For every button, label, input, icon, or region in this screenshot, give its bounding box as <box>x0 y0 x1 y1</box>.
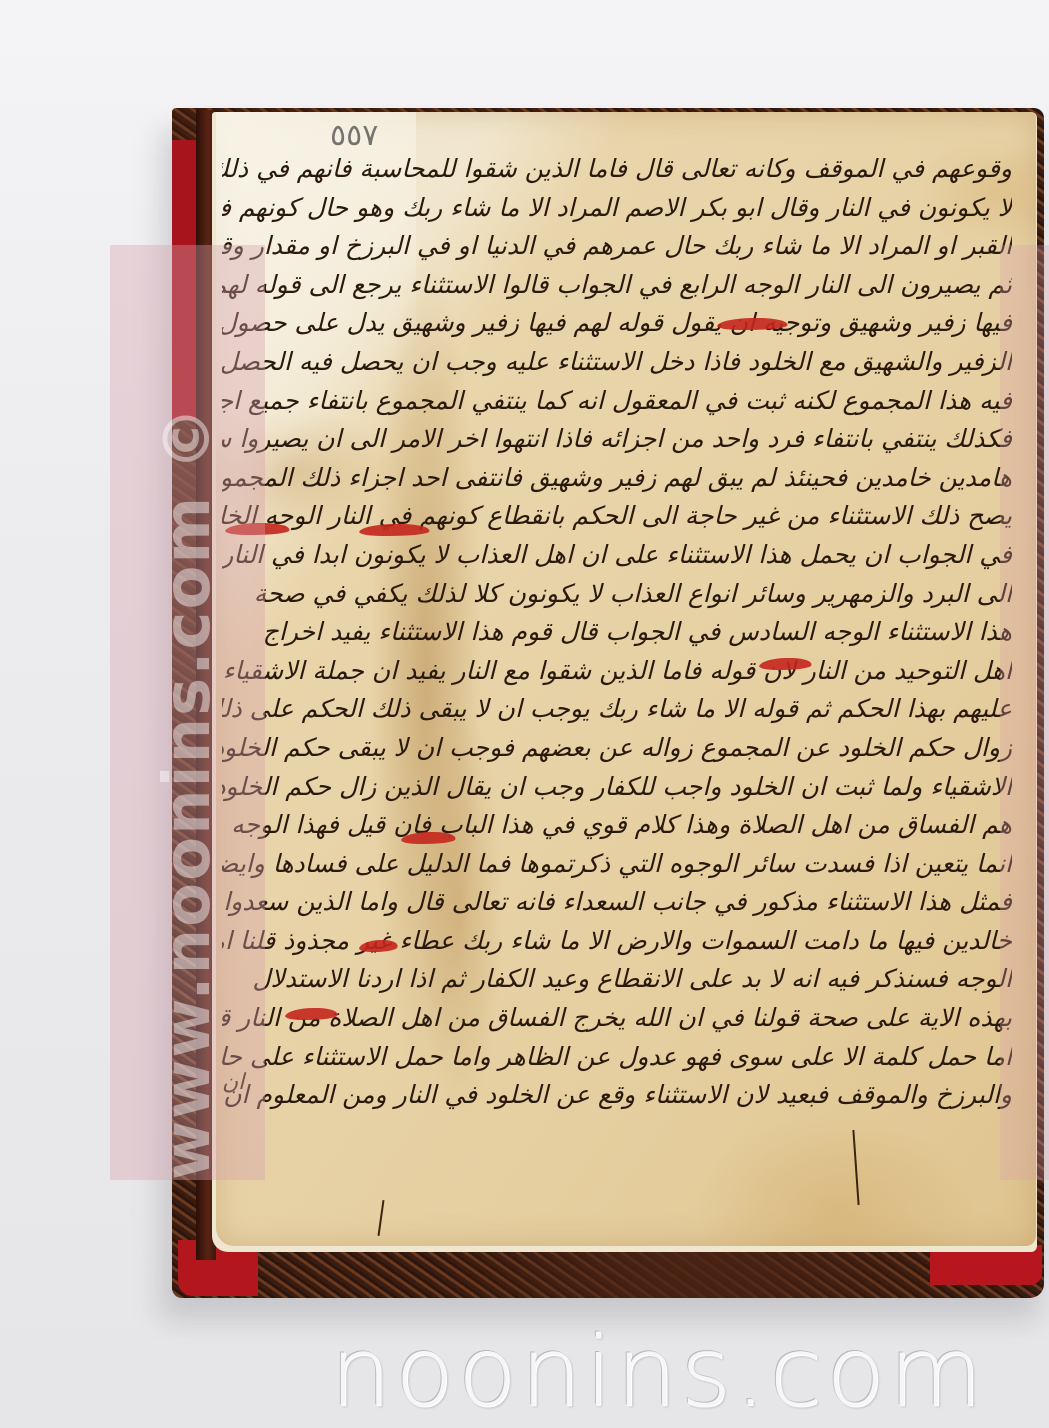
text-line: الزفير والشهيق مع الخلود فاذا دخل الاستث… <box>222 343 1012 382</box>
manuscript-text-block: وقوعهم في الموقف وكانه تعالى قال فاما ال… <box>222 150 1012 1115</box>
text-line: اما حمل كلمة الا على سوى فهو عدول عن الظ… <box>222 1038 1012 1077</box>
folio-number: ٥٥٧ <box>330 118 378 153</box>
text-line: فيه هذا المجموع لكنه ثبت في المعقول انه … <box>222 382 1012 421</box>
watermark-band-right <box>1000 245 1049 1180</box>
text-line: انما يتعين اذا فسدت سائر الوجوه التي ذكر… <box>222 845 1012 884</box>
watermark-vertical-text: www.noonins.com © <box>154 245 222 1180</box>
text-line: اهل التوحيد من النار لان قوله فاما الذين… <box>222 652 1012 691</box>
text-line: الى البرد والزمهرير وسائر انواع العذاب ل… <box>222 575 1012 614</box>
text-line: ثم يصيرون الى النار الوجه الرابع في الجو… <box>222 266 1012 305</box>
text-line: القبر او المراد الا ما شاء ربك حال عمرهم… <box>222 227 1012 266</box>
text-line: وقوعهم في الموقف وكانه تعالى قال فاما ال… <box>222 150 1012 189</box>
watermark-bottom: noonins.com <box>330 1322 950 1422</box>
text-line: يصح ذلك الاستثناء من غير حاجة الى الحكم … <box>222 497 1012 536</box>
text-line: خالدين فيها ما دامت السموات والارض الا م… <box>222 922 1012 961</box>
text-line: هم الفساق من اهل الصلاة وهذا كلام قوي في… <box>222 806 1012 845</box>
text-line: فكذلك ينتفي بانتفاء فرد واحد من اجزائه ف… <box>222 420 1012 459</box>
text-line: الوجه فسنذكر فيه انه لا بد على الانقطاع … <box>222 960 1012 999</box>
text-line: والبرزخ والموقف فبعيد لان الاستثناء وقع … <box>222 1076 1012 1115</box>
text-line: هامدين خامدين فحينئذ لم يبق لهم زفير وشه… <box>222 459 1012 498</box>
text-line: زوال حكم الخلود عن المجموع زواله عن بعضه… <box>222 729 1012 768</box>
text-line: فيها زفير وشهيق وتوجيه ان يقول قوله لهم … <box>222 304 1012 343</box>
text-line: في الجواب ان يحمل هذا الاستثناء على ان ا… <box>222 536 1012 575</box>
text-line: فمثل هذا الاستثناء مذكور في جانب السعداء… <box>222 883 1012 922</box>
text-line: عليهم بهذا الحكم ثم قوله الا ما شاء ربك … <box>222 690 1012 729</box>
text-line: هذا الاستثناء الوجه السادس في الجواب قال… <box>222 613 1012 652</box>
text-line: بهذه الاية على صحة قولنا في ان الله يخرج… <box>222 999 1012 1038</box>
text-line: لا يكونون في النار وقال ابو بكر الاصم ال… <box>222 189 1012 228</box>
text-line: الاشقياء ولما ثبت ان الخلود واجب للكفار … <box>222 768 1012 807</box>
